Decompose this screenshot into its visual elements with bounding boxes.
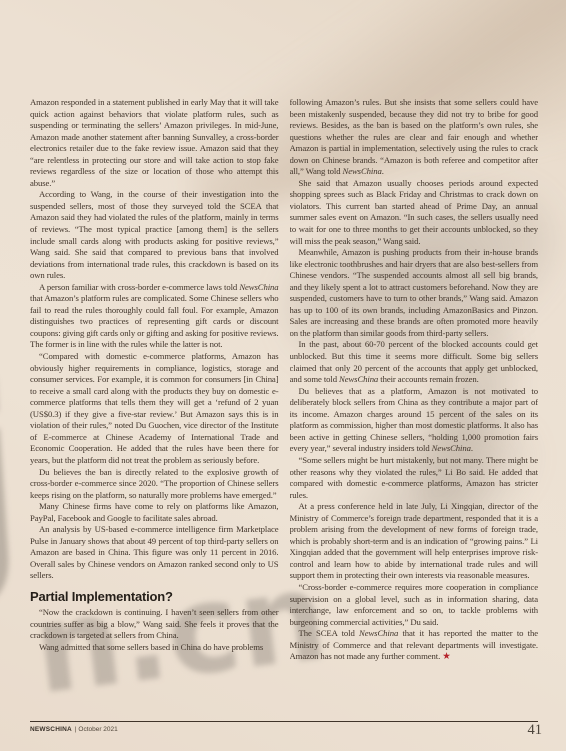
article-paragraph: Du believes the ban is directly related … bbox=[30, 467, 279, 502]
text-segment: Many Chinese firms have come to rely on … bbox=[30, 501, 279, 523]
text-segment: “Compared with domestic e-commerce platf… bbox=[30, 351, 279, 465]
article-paragraph: An analysis by US-based e-commerce intel… bbox=[30, 524, 279, 582]
text-segment: Du believes that as a platform, Amazon i… bbox=[290, 386, 539, 454]
article-paragraph: Amazon responded in a statement publishe… bbox=[30, 97, 279, 189]
text-segment: . bbox=[471, 443, 473, 453]
article-paragraph: “Cross-border e-commerce requires more c… bbox=[290, 582, 539, 628]
magazine-name: NEWSCHINA bbox=[30, 726, 72, 733]
article-paragraph: “Compared with domestic e-commerce platf… bbox=[30, 351, 279, 466]
article-paragraph: “Now the crackdown is continuing. I have… bbox=[30, 607, 279, 642]
article-paragraph: Many Chinese firms have come to rely on … bbox=[30, 501, 279, 524]
text-segment: NewsChina bbox=[432, 443, 471, 453]
text-segment: “Now the crackdown is continuing. I have… bbox=[30, 607, 279, 640]
text-segment: . bbox=[382, 166, 384, 176]
text-segment: Wang admitted that some sellers based in… bbox=[39, 642, 263, 652]
article-paragraph: A person familiar with cross-border e-co… bbox=[30, 282, 279, 351]
text-segment: Amazon responded in a statement publishe… bbox=[30, 97, 279, 188]
section-heading: Partial Implementation? bbox=[30, 589, 279, 604]
article-body: Amazon responded in a statement publishe… bbox=[30, 97, 538, 719]
text-segment: following Amazon’s rules. But she insist… bbox=[290, 97, 539, 176]
article-paragraph: The SCEA told NewsChina that it has repo… bbox=[290, 628, 539, 664]
text-segment: NewsChina bbox=[359, 628, 398, 638]
text-segment: NewsChina bbox=[239, 282, 278, 292]
page-number: 41 bbox=[528, 722, 543, 739]
footer-divider bbox=[30, 721, 538, 722]
article-paragraph: Du believes that as a platform, Amazon i… bbox=[290, 386, 539, 455]
article-paragraph: “Some sellers might be hurt mistakenly, … bbox=[290, 455, 539, 501]
text-segment: Du believes the ban is directly related … bbox=[30, 467, 279, 500]
issue-date: | October 2021 bbox=[75, 726, 118, 733]
watermark-glyph: j bbox=[0, 357, 31, 597]
page-footer: NEWSCHINA| October 2021 bbox=[30, 726, 118, 733]
text-segment: An analysis by US-based e-commerce intel… bbox=[30, 524, 279, 580]
text-segment: According to Wang, in the course of thei… bbox=[30, 189, 279, 280]
text-segment: A person familiar with cross-border e-co… bbox=[39, 282, 239, 292]
magazine-page: j n.cn Amazon responded in a statement p… bbox=[0, 0, 566, 751]
article-paragraph: At a press conference held in late July,… bbox=[290, 501, 539, 582]
text-segment: NewsChina bbox=[343, 166, 382, 176]
text-segment: Meanwhile, Amazon is pushing products fr… bbox=[290, 247, 539, 338]
end-star-icon: ★ bbox=[442, 652, 450, 662]
article-column-left: Amazon responded in a statement publishe… bbox=[30, 97, 279, 719]
text-segment: The SCEA told bbox=[299, 628, 360, 638]
article-paragraph: She said that Amazon usually chooses per… bbox=[290, 178, 539, 247]
text-segment: “Cross-border e-commerce requires more c… bbox=[290, 582, 539, 627]
text-segment: their accounts remain frozen. bbox=[378, 374, 478, 384]
article-paragraph: following Amazon’s rules. But she insist… bbox=[290, 97, 539, 178]
text-segment: At a press conference held in late July,… bbox=[290, 501, 539, 580]
text-segment: She said that Amazon usually chooses per… bbox=[290, 178, 539, 246]
text-segment: NewsChina bbox=[339, 374, 378, 384]
article-paragraph: According to Wang, in the course of thei… bbox=[30, 189, 279, 281]
text-segment: that Amazon’s platform rules are complic… bbox=[30, 293, 279, 349]
article-paragraph: Meanwhile, Amazon is pushing products fr… bbox=[290, 247, 539, 339]
article-column-right: following Amazon’s rules. But she insist… bbox=[290, 97, 539, 719]
article-paragraph: Wang admitted that some sellers based in… bbox=[30, 642, 279, 654]
article-paragraph: In the past, about 60-70 percent of the … bbox=[290, 339, 539, 385]
text-segment: “Some sellers might be hurt mistakenly, … bbox=[290, 455, 539, 500]
